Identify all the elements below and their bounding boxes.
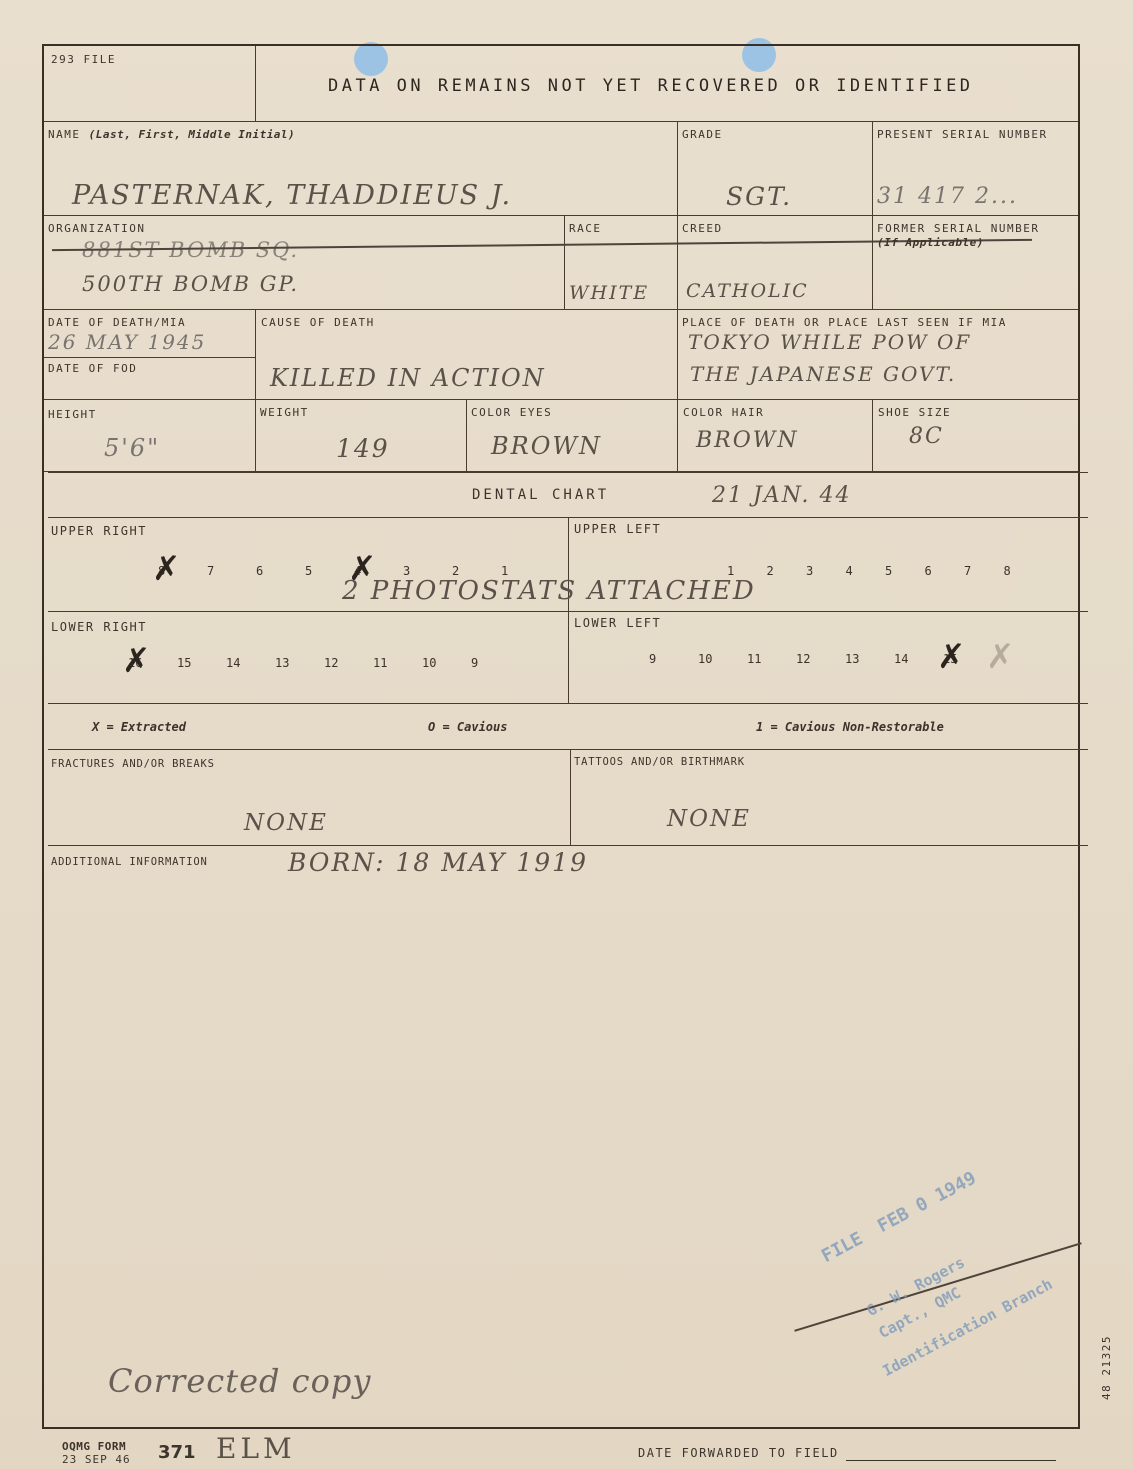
additional-info-value: BORN: 18 MAY 1919 <box>288 848 588 877</box>
file-cell: 293 FILE <box>44 46 256 122</box>
date-of-fod-label: DATE OF FOD <box>48 362 137 375</box>
tooth-lower-right-15: 15 <box>177 656 191 670</box>
legend-non-restorable: 1 = Cavious Non-Restorable <box>756 720 944 734</box>
form-frame: 293 FILE DATA ON REMAINS NOT YET RECOVER… <box>42 44 1080 1429</box>
cause-of-death-label: CAUSE OF DEATH <box>261 316 375 329</box>
file-label: 293 FILE <box>51 53 116 66</box>
color-eyes-value: BROWN <box>491 432 602 460</box>
weight-cell[interactable]: WEIGHT 149 <box>256 400 467 472</box>
tooth-lower-right-14: 14 <box>226 656 240 670</box>
tooth-lower-right-10: 10 <box>422 656 436 670</box>
tooth-upper-right-6: 6 <box>256 564 263 578</box>
corrected-copy-note: Corrected copy <box>108 1362 371 1400</box>
date-of-death-cell[interactable]: DATE OF DEATH/MIA 26 MAY 1945 <box>44 310 256 358</box>
grade-label: GRADE <box>682 128 723 141</box>
color-hair-value: BROWN <box>696 428 799 453</box>
creed-cell[interactable]: CREED CATHOLIC <box>678 216 873 310</box>
race-cell[interactable]: RACE WHITE <box>565 216 678 310</box>
organization-cell[interactable]: ORGANIZATION 881ST BOMB SQ. 500TH BOMB G… <box>44 216 565 310</box>
cause-of-death-value: KILLED IN ACTION <box>270 364 546 392</box>
side-code: 48 21325 <box>1100 1335 1113 1400</box>
tooth-upper-left-3: 3 <box>806 564 813 578</box>
tooth-lower-left-10: 10 <box>698 652 712 666</box>
tooth-upper-left-8: 8 <box>1004 564 1011 578</box>
legend-extracted: X = Extracted <box>92 720 186 734</box>
organization-value: 500TH BOMB GP. <box>82 272 299 296</box>
extracted-x-mark: ✗ <box>152 552 181 586</box>
tooth-upper-left-6: 6 <box>925 564 932 578</box>
present-serial-label: PRESENT SERIAL NUMBER <box>877 128 1048 141</box>
form-number-label: OQMG FORM <box>62 1440 126 1453</box>
present-serial-value: 31 417 2... <box>877 184 1018 209</box>
tooth-upper-left-2: 2 <box>767 564 774 578</box>
lower-left-label: LOWER LEFT <box>574 616 661 630</box>
additional-info-section[interactable]: ADDITIONAL INFORMATION BORN: 18 MAY 1919… <box>48 846 1078 1426</box>
tooth-upper-left-5: 5 <box>885 564 892 578</box>
creed-value: CATHOLIC <box>686 280 809 302</box>
present-serial-cell[interactable]: PRESENT SERIAL NUMBER 31 417 2... <box>873 122 1078 216</box>
shoe-size-label: SHOE SIZE <box>878 406 951 419</box>
fractures-value: NONE <box>244 810 328 836</box>
form-title: DATA ON REMAINS NOT YET RECOVERED OR IDE… <box>328 76 974 96</box>
tooth-lower-right-11: 11 <box>373 656 387 670</box>
upper-left-label: UPPER LEFT <box>574 522 661 536</box>
date-of-fod-cell[interactable]: DATE OF FOD <box>44 358 256 400</box>
lower-right-label: LOWER RIGHT <box>51 620 147 634</box>
place-of-death-cell[interactable]: PLACE OF DEATH OR PLACE LAST SEEN IF MIA… <box>678 310 1078 400</box>
tooth-lower-left-12: 12 <box>796 652 810 666</box>
photostats-note: 2 PHOTOSTATS ATTACHED <box>342 576 756 606</box>
title-cell: DATA ON REMAINS NOT YET RECOVERED OR IDE… <box>256 46 1078 122</box>
form-number: 371 <box>158 1442 196 1463</box>
weight-label: WEIGHT <box>260 406 309 419</box>
handwritten-initials: ELM <box>216 1432 296 1465</box>
color-eyes-label: COLOR EYES <box>471 406 552 419</box>
document-page: 293 FILE DATA ON REMAINS NOT YET RECOVER… <box>0 0 1133 1469</box>
date-forwarded-line <box>846 1460 1056 1461</box>
color-eyes-cell[interactable]: COLOR EYES BROWN <box>467 400 678 472</box>
name-cell[interactable]: NAME (Last, First, Middle Initial) PASTE… <box>44 122 678 216</box>
dental-chart-title: DENTAL CHART <box>472 487 609 503</box>
identification-stamp: FILE FEB 0 1949 G. W. Rogers Capt., QMC … <box>788 1176 1088 1396</box>
date-of-death-value: 26 MAY 1945 <box>48 330 206 354</box>
stamp-file: FILE <box>818 1228 866 1267</box>
extracted-x-mark: ✗ <box>937 640 966 674</box>
weight-value: 149 <box>336 434 390 463</box>
form-date: 23 SEP 46 <box>62 1453 131 1466</box>
grade-cell[interactable]: GRADE SGT. <box>678 122 873 216</box>
lower-right-quadrant[interactable]: LOWER RIGHT 16✗1514131211109 <box>48 612 569 704</box>
height-cell[interactable]: HEIGHT 5'6" <box>44 400 256 472</box>
tooth-upper-right-7: 7 <box>207 564 214 578</box>
creed-label: CREED <box>682 222 723 235</box>
fractures-label: FRACTURES AND/OR BREAKS <box>51 758 215 770</box>
dental-legend: X = Extracted O = Cavious 1 = Cavious No… <box>48 704 1088 750</box>
dental-chart-header: DENTAL CHART 21 JAN. 44 <box>48 472 1088 518</box>
grade-value: SGT. <box>726 182 792 211</box>
height-label: HEIGHT <box>48 408 97 421</box>
cause-of-death-cell[interactable]: CAUSE OF DEATH KILLED IN ACTION <box>256 310 678 400</box>
extracted-x-mark: ✗ <box>122 644 151 678</box>
tooth-upper-left-7: 7 <box>964 564 971 578</box>
fractures-cell[interactable]: FRACTURES AND/OR BREAKS NONE <box>48 750 571 846</box>
former-serial-cell[interactable]: FORMER SERIAL NUMBER (If Applicable) <box>873 216 1078 310</box>
tattoos-label: TATTOOS AND/OR BIRTHMARK <box>574 756 745 768</box>
lower-left-quadrant[interactable]: LOWER LEFT 9101112131415✗✗ <box>569 612 1088 704</box>
extracted-x-mark-faint: ✗ <box>986 640 1015 674</box>
legend-cavious: O = Cavious <box>428 720 507 734</box>
shoe-size-value: 8C <box>909 424 944 449</box>
height-value: 5'6" <box>104 434 160 462</box>
color-hair-cell[interactable]: COLOR HAIR BROWN <box>678 400 873 472</box>
stamp-date: FEB 0 1949 <box>874 1168 980 1237</box>
tooth-lower-left-13: 13 <box>845 652 859 666</box>
shoe-size-cell[interactable]: SHOE SIZE 8C <box>873 400 1078 472</box>
race-value: WHITE <box>569 282 649 304</box>
tooth-lower-right-13: 13 <box>275 656 289 670</box>
place-of-death-line1: TOKYO WHILE POW OF <box>688 330 971 354</box>
name-value: PASTERNAK, THADDIEUS J. <box>72 180 512 211</box>
former-serial-label: FORMER SERIAL NUMBER <box>877 222 1039 235</box>
upper-right-label: UPPER RIGHT <box>51 524 147 538</box>
tattoos-cell[interactable]: TATTOOS AND/OR BIRTHMARK NONE <box>571 750 1088 846</box>
additional-info-label: ADDITIONAL INFORMATION <box>51 856 208 868</box>
name-label: NAME (Last, First, Middle Initial) <box>48 128 295 141</box>
tattoos-value: NONE <box>667 806 751 832</box>
tooth-upper-left-4: 4 <box>846 564 853 578</box>
organization-label: ORGANIZATION <box>48 222 145 235</box>
place-of-death-line2: THE JAPANESE GOVT. <box>690 362 956 386</box>
date-forwarded-label: DATE FORWARDED TO FIELD <box>638 1446 839 1460</box>
tooth-lower-right-12: 12 <box>324 656 338 670</box>
tooth-lower-left-14: 14 <box>894 652 908 666</box>
tooth-upper-right-5: 5 <box>305 564 312 578</box>
place-of-death-label: PLACE OF DEATH OR PLACE LAST SEEN IF MIA <box>682 316 1007 329</box>
former-serial-hint: (If Applicable) <box>877 236 984 249</box>
date-of-death-label: DATE OF DEATH/MIA <box>48 316 186 329</box>
color-hair-label: COLOR HAIR <box>683 406 764 419</box>
tooth-lower-right-9: 9 <box>471 656 478 670</box>
dental-chart-date: 21 JAN. 44 <box>712 483 852 508</box>
race-label: RACE <box>569 222 602 235</box>
tooth-lower-left-9: 9 <box>649 652 656 666</box>
tooth-lower-left-11: 11 <box>747 652 761 666</box>
